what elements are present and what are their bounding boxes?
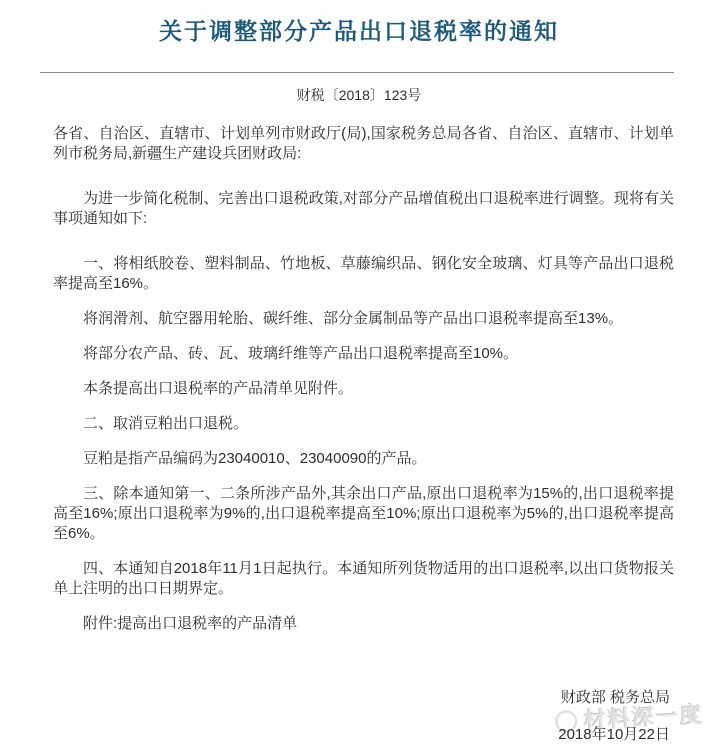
paragraph-article1-note: 本条提高出口退税率的产品清单见附件。 (53, 379, 674, 399)
signature-block: 财政部 税务总局 2018年10月22日 (558, 688, 670, 745)
paragraph-intro: 为进一步简化税制、完善出口退税政策,对部分产品增值税出口退税率进行调整。现将有关… (53, 189, 674, 229)
paragraph-article1-sub1: 将润滑剂、航空器用轮胎、碳纤维、部分金属制品等产品出口退税率提高至13%。 (53, 309, 674, 329)
issue-date: 2018年10月22日 (558, 725, 670, 745)
paragraph-article1: 一、将相纸胶卷、塑料制品、竹地板、草藤编织品、钢化安全玻璃、灯具等产品出口退税率… (53, 254, 674, 294)
paragraph-article3: 三、除本通知第一、二条所涉产品外,其余出口产品,原出口退税率为15%的,出口退税… (53, 484, 674, 544)
page-title: 关于调整部分产品出口退税率的通知 (0, 0, 718, 47)
doc-number: 财税〔2018〕123号 (0, 85, 718, 105)
document-body: 各省、自治区、直辖市、计划单列市财政厅(局),国家税务总局各省、自治区、直辖市、… (53, 124, 674, 634)
paragraph-attachment: 附件:提高出口退税率的产品清单 (53, 614, 674, 634)
paragraph-article4: 四、本通知自2018年11月1日起执行。本通知所列货物适用的出口退税率,以出口货… (53, 559, 674, 599)
issuer-signature: 财政部 税务总局 (558, 688, 670, 708)
paragraph-article2: 二、取消豆粕出口退税。 (53, 414, 674, 434)
notice-document: 关于调整部分产品出口退税率的通知 财税〔2018〕123号 各省、自治区、直辖市… (0, 0, 718, 754)
paragraph-article2-note: 豆粕是指产品编码为23040010、23040090的产品。 (53, 449, 674, 469)
paragraph-article1-sub2: 将部分农产品、砖、瓦、玻璃纤维等产品出口退税率提高至10%。 (53, 344, 674, 364)
divider (40, 72, 674, 73)
paragraph-addressees: 各省、自治区、直辖市、计划单列市财政厅(局),国家税务总局各省、自治区、直辖市、… (53, 124, 674, 164)
